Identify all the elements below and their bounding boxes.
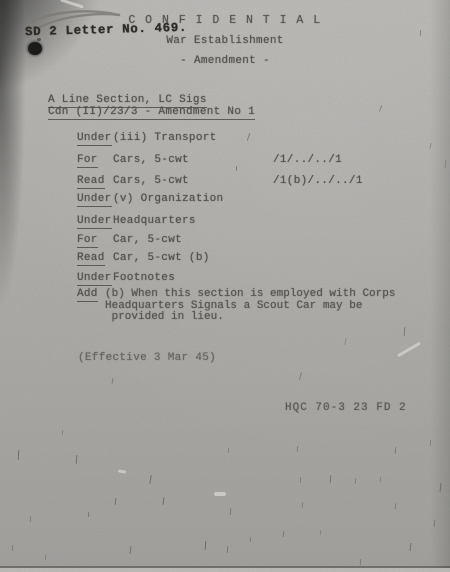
- amendment-action-label: For: [77, 155, 98, 168]
- footnote-line: provided in lieu.: [105, 312, 395, 324]
- amendment-action-label: Under: [77, 273, 112, 286]
- scan-noise-tick: [445, 160, 447, 168]
- amendment-row: ReadCars, 5-cwt/1(b)/../../1: [77, 176, 417, 190]
- scan-noise-tick: [360, 559, 362, 565]
- amendment-text: Footnotes: [113, 273, 175, 284]
- scan-noise-tick: [404, 327, 406, 336]
- amendment-action-label: Under: [77, 216, 112, 229]
- scan-noise-tick: [45, 555, 47, 560]
- amendment-text: Car, 5-cwt (b): [113, 253, 210, 264]
- document-type-heading: War Establishment: [0, 36, 450, 47]
- scan-noise-tick: [250, 537, 252, 542]
- amendment-action-label: Under: [77, 194, 112, 207]
- footnote-line: (b) When this section is employed with C…: [105, 289, 395, 301]
- amendment-text: (iii) Transport: [113, 133, 217, 144]
- footnote-add-label: Add: [77, 289, 98, 300]
- scan-noise-tick: [300, 477, 302, 483]
- amendment-row: UnderFootnotes: [77, 273, 417, 287]
- we-reference: Cdn (II)/23/3 - Amendment No 1: [48, 107, 255, 120]
- classification-heading: C O N F I D E N T I A L: [0, 15, 450, 26]
- amendment-text: Cars, 5-cwt: [113, 155, 189, 166]
- scan-noise-tick: [344, 338, 346, 345]
- amendment-value: /1/../../1: [273, 155, 342, 166]
- file-reference: HQC 70-3 23 FD 2: [285, 403, 407, 414]
- scan-noise-tick: [297, 446, 299, 452]
- amendment-value: /1(b)/../../1: [273, 176, 363, 187]
- paper-scratch-mark: [397, 342, 421, 358]
- scan-noise-tick: [320, 530, 322, 535]
- amendment-row: Under(v) Organization: [77, 194, 417, 208]
- scan-noise-tick: [230, 508, 232, 515]
- scan-noise-tick: [130, 546, 132, 554]
- amendment-action-label: Read: [77, 253, 105, 266]
- scan-noise-tick: [380, 477, 382, 482]
- scan-noise-tick: [410, 543, 412, 551]
- amendment-text: (v) Organization: [113, 194, 223, 205]
- amendment-row: ForCars, 5-cwt/1/../../1: [77, 155, 417, 169]
- scan-noise-tick: [429, 143, 432, 149]
- scan-noise-tick: [228, 448, 230, 453]
- scan-noise-tick: [76, 455, 78, 464]
- scan-noise-tick: [330, 475, 332, 483]
- amendment-text: Car, 5-cwt: [113, 235, 182, 246]
- scan-noise-tick: [88, 512, 89, 517]
- paper-scratch-mark: [118, 469, 126, 473]
- scan-noise-tick: [12, 545, 14, 551]
- paper-scratch-mark: [214, 492, 226, 496]
- scan-noise-tick: [283, 531, 285, 537]
- scan-noise-tick: [115, 498, 117, 505]
- scan-noise-tick: [395, 447, 397, 454]
- scan-noise-tick: [163, 497, 165, 505]
- footnote-add-label-text: Add: [77, 288, 98, 302]
- effective-date: (Effective 3 Mar 45): [78, 353, 216, 364]
- scan-noise-tick: [149, 475, 152, 484]
- scan-noise-tick: [299, 372, 302, 380]
- amendment-action-label: For: [77, 235, 98, 248]
- scan-noise-tick: [62, 430, 64, 435]
- scan-noise-tick: [30, 516, 32, 522]
- amendment-text: Cars, 5-cwt: [113, 176, 189, 187]
- amendment-heading: - Amendment -: [0, 56, 450, 67]
- amendment-text: Headquarters: [113, 216, 196, 227]
- scan-noise-tick: [440, 483, 442, 492]
- amendment-action-label: Read: [77, 176, 105, 189]
- amendment-row: ForCar, 5-cwt: [77, 235, 417, 249]
- scan-noise-tick: [355, 478, 357, 484]
- scan-noise-tick: [379, 105, 383, 112]
- amendment-row: ReadCar, 5-cwt (b): [77, 253, 417, 267]
- document-page: SD 2 Letter No. 469. C O N F I D E N T I…: [0, 0, 450, 572]
- scan-noise-tick: [18, 450, 20, 460]
- page-bottom-margin: [0, 568, 450, 572]
- scan-noise-tick: [434, 520, 436, 527]
- amendment-action-label: Under: [77, 133, 112, 146]
- scan-noise-tick: [227, 546, 229, 553]
- footnote-text: (b) When this section is employed with C…: [105, 289, 395, 324]
- scan-noise-tick: [430, 440, 432, 446]
- scan-noise-tick: [395, 503, 397, 509]
- scan-noise-tick: [302, 502, 304, 508]
- scan-noise-tick: [112, 378, 114, 384]
- scan-noise-tick: [205, 541, 207, 550]
- amendment-row: UnderHeadquarters: [77, 216, 417, 230]
